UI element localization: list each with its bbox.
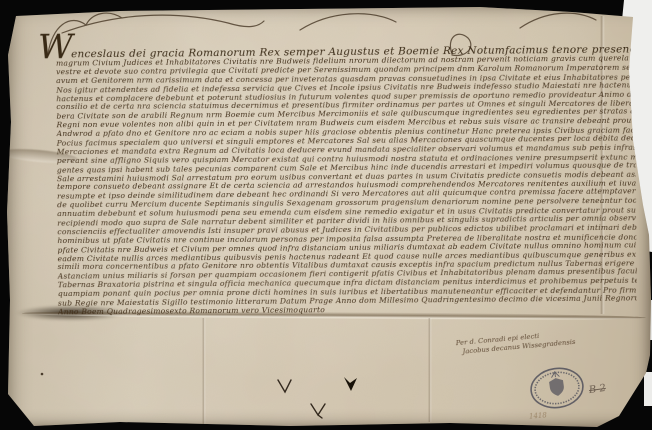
- vertical-fold: [428, 318, 432, 422]
- ink-speck: [41, 373, 44, 376]
- backing-sheet-edge: [644, 372, 652, 406]
- seal-slit-icon: [344, 377, 357, 391]
- manuscript-text-block: magrum Civium Judices et Inhabitatores C…: [56, 55, 637, 317]
- initial-capital-W: W: [38, 32, 71, 62]
- year-note: 1418: [529, 411, 547, 420]
- vertical-fold: [202, 318, 206, 424]
- charter-photograph: Wenceslaus dei gracia Romanorum Rex semp…: [0, 0, 652, 430]
- pencil-shelfmark: B 2: [588, 383, 606, 396]
- seal-slit-icon: [278, 380, 291, 392]
- chancery-note: Per d. Conradi epi electi Jacobus decanu…: [455, 329, 575, 357]
- parchment-document: Wenceslaus dei gracia Romanorum Rex semp…: [0, 0, 652, 430]
- seal-slit-icon: [311, 404, 325, 418]
